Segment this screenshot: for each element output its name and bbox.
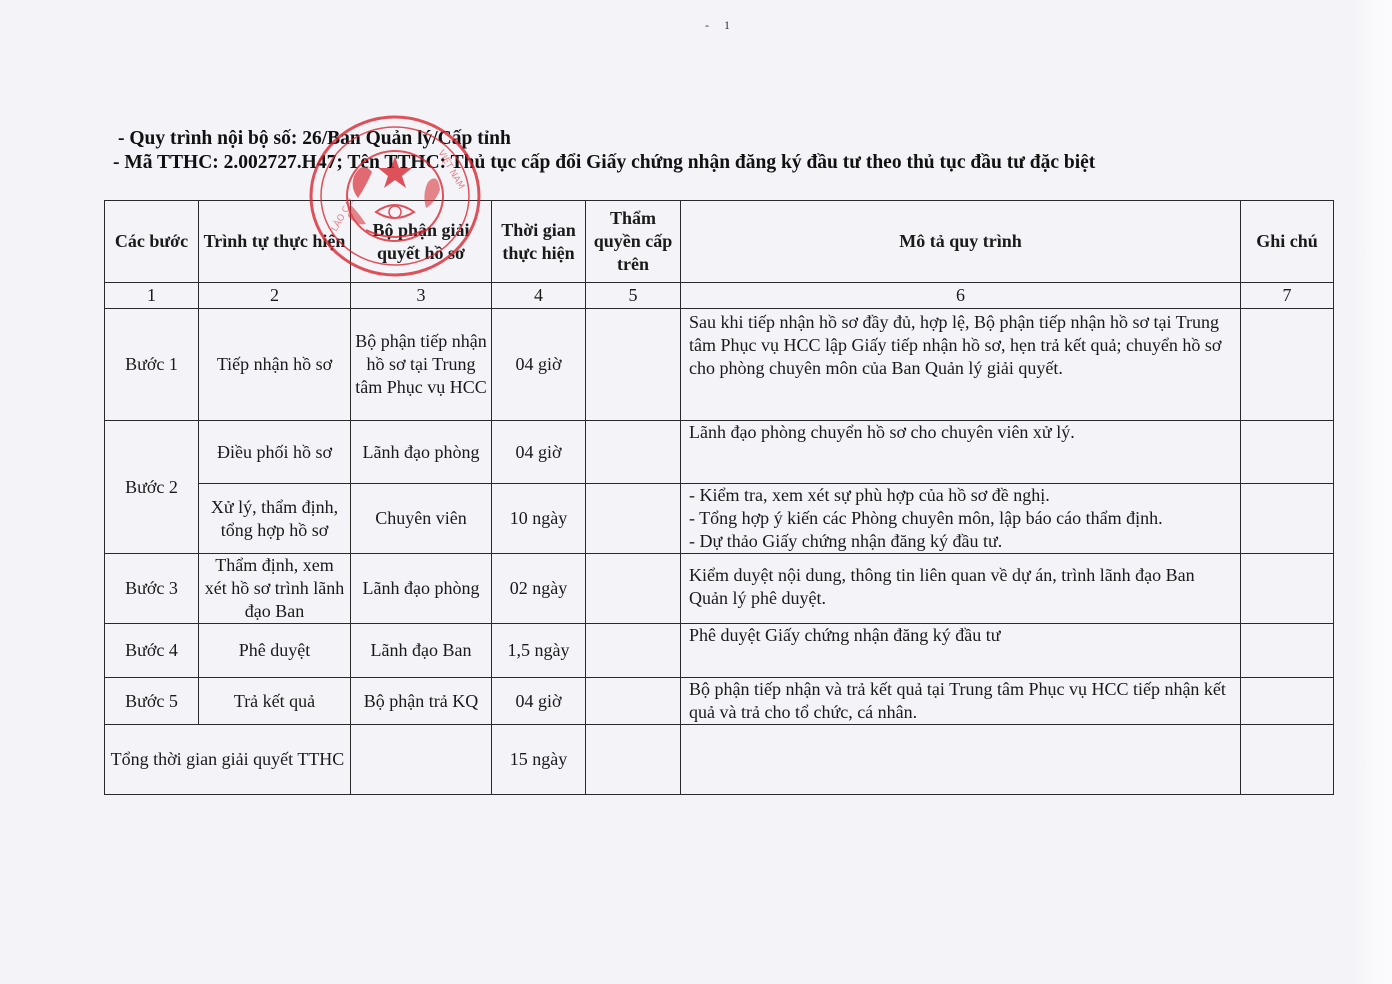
note-cell xyxy=(1241,624,1334,678)
total-label: Tổng thời gian giải quyết TTHC xyxy=(105,725,351,795)
total-row: Tổng thời gian giải quyết TTHC 15 ngày xyxy=(105,725,1334,795)
step-cell: Bước 4 xyxy=(105,624,199,678)
column-number-row: 1 2 3 4 5 6 7 xyxy=(105,283,1334,309)
action-cell: Thẩm định, xem xét hồ sơ trình lãnh đạo … xyxy=(199,554,351,624)
action-cell: Tiếp nhận hồ sơ xyxy=(199,309,351,421)
action-cell: Trả kết quả xyxy=(199,678,351,725)
total-note-cell xyxy=(1241,725,1334,795)
authority-cell xyxy=(586,309,681,421)
department-cell: Chuyên viên xyxy=(351,484,492,554)
department-cell: Lãnh đạo phòng xyxy=(351,554,492,624)
col-number: 4 xyxy=(492,283,586,309)
action-cell: Điều phối hồ sơ xyxy=(199,421,351,484)
total-description-cell xyxy=(681,725,1241,795)
description-cell: Lãnh đạo phòng chuyển hồ sơ cho chuyên v… xyxy=(681,421,1241,484)
col-header-sequence: Trình tự thực hiện xyxy=(199,201,351,283)
table-row: Xử lý, thẩm định, tổng hợp hồ sơ Chuyên … xyxy=(105,484,1334,554)
authority-cell xyxy=(586,421,681,484)
step-cell: Bước 1 xyxy=(105,309,199,421)
header-row: Các bước Trình tự thực hiện Bộ phận giải… xyxy=(105,201,1334,283)
duration-cell: 10 ngày xyxy=(492,484,586,554)
authority-cell xyxy=(586,554,681,624)
procedure-table: Các bước Trình tự thực hiện Bộ phận giải… xyxy=(104,200,1334,795)
note-cell xyxy=(1241,309,1334,421)
col-header-notes: Ghi chú xyxy=(1241,201,1334,283)
col-number: 5 xyxy=(586,283,681,309)
note-cell xyxy=(1241,484,1334,554)
description-text: Kiểm duyệt nội dung, thông tin liên quan… xyxy=(689,564,1232,610)
description-cell: Bộ phận tiếp nhận và trả kết quả tại Tru… xyxy=(681,678,1241,725)
total-department-cell xyxy=(351,725,492,795)
action-cell: Xử lý, thẩm định, tổng hợp hồ sơ xyxy=(199,484,351,554)
duration-cell: 04 giờ xyxy=(492,678,586,725)
description-text: Bộ phận tiếp nhận và trả kết quả tại Tru… xyxy=(689,678,1232,724)
description-cell: Sau khi tiếp nhận hồ sơ đầy đủ, hợp lệ, … xyxy=(681,309,1241,421)
duration-cell: 1,5 ngày xyxy=(492,624,586,678)
internal-process-number: - Quy trình nội bộ số: 26/Ban Quản lý/Cấ… xyxy=(118,128,511,150)
department-cell: Bộ phận trả KQ xyxy=(351,678,492,725)
authority-cell xyxy=(586,624,681,678)
col-number: 6 xyxy=(681,283,1241,309)
procedure-code-and-name: - Mã TTHC: 2.002727.H47; Tên TTHC: Thủ t… xyxy=(113,152,1095,174)
step-cell: Bước 2 xyxy=(105,421,199,554)
description-text: Sau khi tiếp nhận hồ sơ đầy đủ, hợp lệ, … xyxy=(689,311,1232,380)
total-authority-cell xyxy=(586,725,681,795)
table-row: Bước 2 Điều phối hồ sơ Lãnh đạo phòng 04… xyxy=(105,421,1334,484)
duration-cell: 04 giờ xyxy=(492,421,586,484)
table-row: Bước 4 Phê duyệt Lãnh đạo Ban 1,5 ngày P… xyxy=(105,624,1334,678)
step-cell: Bước 3 xyxy=(105,554,199,624)
table-row: Bước 1 Tiếp nhận hồ sơ Bộ phận tiếp nhận… xyxy=(105,309,1334,421)
step-cell: Bước 5 xyxy=(105,678,199,725)
description-text: Lãnh đạo phòng chuyển hồ sơ cho chuyên v… xyxy=(689,421,1232,444)
description-text: - Tổng hợp ý kiến các Phòng chuyên môn, … xyxy=(689,507,1232,530)
description-cell: Phê duyệt Giấy chứng nhận đăng ký đầu tư xyxy=(681,624,1241,678)
table-row: Bước 3 Thẩm định, xem xét hồ sơ trình lã… xyxy=(105,554,1334,624)
action-cell: Phê duyệt xyxy=(199,624,351,678)
col-header-authority: Thẩm quyền cấp trên xyxy=(586,201,681,283)
col-number: 7 xyxy=(1241,283,1334,309)
note-cell xyxy=(1241,678,1334,725)
department-cell: Lãnh đạo phòng xyxy=(351,421,492,484)
department-cell: Lãnh đạo Ban xyxy=(351,624,492,678)
duration-cell: 02 ngày xyxy=(492,554,586,624)
description-cell: - Kiểm tra, xem xét sự phù hợp của hồ sơ… xyxy=(681,484,1241,554)
description-text: Phê duyệt Giấy chứng nhận đăng ký đầu tư xyxy=(689,624,1232,647)
col-header-description: Mô tả quy trình xyxy=(681,201,1241,283)
description-cell: Kiểm duyệt nội dung, thông tin liên quan… xyxy=(681,554,1241,624)
col-header-steps: Các bước xyxy=(105,201,199,283)
table-row: Bước 5 Trả kết quả Bộ phận trả KQ 04 giờ… xyxy=(105,678,1334,725)
description-text: - Kiểm tra, xem xét sự phù hợp của hồ sơ… xyxy=(689,484,1232,507)
note-cell xyxy=(1241,554,1334,624)
duration-cell: 04 giờ xyxy=(492,309,586,421)
col-number: 2 xyxy=(199,283,351,309)
page-number-mark: - 1 xyxy=(705,18,736,33)
col-header-department: Bộ phận giải quyết hồ sơ xyxy=(351,201,492,283)
description-text: - Dự thảo Giấy chứng nhận đăng ký đầu tư… xyxy=(689,530,1232,553)
col-number: 3 xyxy=(351,283,492,309)
col-number: 1 xyxy=(105,283,199,309)
scan-page-edge xyxy=(1352,0,1392,984)
col-header-duration: Thời gian thực hiện xyxy=(492,201,586,283)
authority-cell xyxy=(586,484,681,554)
note-cell xyxy=(1241,421,1334,484)
total-duration: 15 ngày xyxy=(492,725,586,795)
department-cell: Bộ phận tiếp nhận hồ sơ tại Trung tâm Ph… xyxy=(351,309,492,421)
authority-cell xyxy=(586,678,681,725)
